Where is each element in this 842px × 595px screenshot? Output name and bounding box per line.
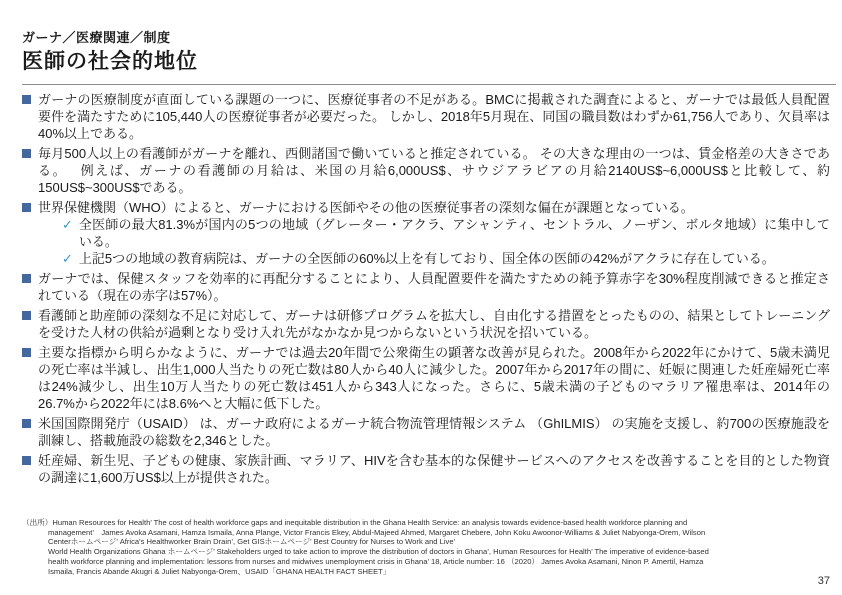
page-title: 医師の社会的地位 [22,49,828,75]
bullet-text: ガーナの医療制度が直面している課題の一つに、医療従事者の不足がある。BMCに掲載… [38,91,830,142]
square-bullet-icon [22,274,31,283]
title-divider [22,84,836,85]
sub-bullet-item: ✓上記5つの地域の教育病院は、ガーナの全医師の60%以上を有しており、国全体の医… [22,250,830,267]
bullet-item: 米国国際開発庁（USAID） は、ガーナ政府によるガーナ統合物流管理情報システム… [22,415,830,449]
bullet-item: 毎月500人以上の看護師がガーナを離れ、西側諸国で働いていると推定されている。 … [22,145,830,196]
bullet-item: 主要な指標から明らかなように、ガーナでは過去20年間で公衆衛生の顕著な改善が見ら… [22,344,830,412]
bullet-text: ガーナでは、保健スタッフを効率的に再配分することにより、人員配置要件を満たすため… [38,270,830,304]
source-citation: （出所）Human Resources for Health’ The cost… [22,518,822,576]
source-citation-line: World Health Organizations Ghana ホームページ’… [22,547,822,557]
bullet-text: 主要な指標から明らかなように、ガーナでは過去20年間で公衆衛生の顕著な改善が見ら… [38,344,830,412]
square-bullet-icon [22,311,31,320]
bullet-list: ガーナの医療制度が直面している課題の一つに、医療従事者の不足がある。BMCに掲載… [22,91,830,486]
source-citation-line: management’ James Avoka Asamani, Hamza I… [22,528,822,538]
source-citation-line: Centerホームページ’ Africa's Healthworker Brai… [22,537,822,547]
bullet-item: 世界保健機関（WHO）によると、ガーナにおける医師やその他の医療従事者の深刻な偏… [22,199,830,216]
bullet-text: 上記5つの地域の教育病院は、ガーナの全医師の60%以上を有しており、国全体の医師… [79,250,830,267]
square-bullet-icon [22,419,31,428]
square-bullet-icon [22,348,31,357]
bullet-item: ガーナの医療制度が直面している課題の一つに、医療従事者の不足がある。BMCに掲載… [22,91,830,142]
checkmark-icon: ✓ [62,250,73,267]
bullet-text: 米国国際開発庁（USAID） は、ガーナ政府によるガーナ統合物流管理情報システム… [38,415,830,449]
breadcrumb: ガーナ／医療関連／制度 [22,30,828,46]
square-bullet-icon [22,203,31,212]
source-citation-line: health workforce planning and implementa… [22,557,822,567]
bullet-text: 世界保健機関（WHO）によると、ガーナにおける医師やその他の医療従事者の深刻な偏… [38,199,830,216]
checkmark-icon: ✓ [62,216,73,233]
bullet-text: 毎月500人以上の看護師がガーナを離れ、西側諸国で働いていると推定されている。 … [38,145,830,196]
bullet-text: 全医師の最大81.3%が国内の5つの地域（グレーター・アクラ、アシャンティ、セン… [79,216,830,250]
bullet-text: 看護師と助産師の深刻な不足に対応して、ガーナは研修プログラムを拡大し、自由化する… [38,307,830,341]
bullet-item: 看護師と助産師の深刻な不足に対応して、ガーナは研修プログラムを拡大し、自由化する… [22,307,830,341]
square-bullet-icon [22,149,31,158]
page-number: 37 [818,575,830,587]
square-bullet-icon [22,456,31,465]
bullet-text: 妊産婦、新生児、子どもの健康、家族計画、マラリア、HIVを含む基本的な保健サービ… [38,452,830,486]
source-citation-line: Ismaila, Francis Abande Akugri & Juliet … [22,567,822,577]
bullet-item: 妊産婦、新生児、子どもの健康、家族計画、マラリア、HIVを含む基本的な保健サービ… [22,452,830,486]
sub-bullet-item: ✓全医師の最大81.3%が国内の5つの地域（グレーター・アクラ、アシャンティ、セ… [22,216,830,250]
source-citation-line: （出所）Human Resources for Health’ The cost… [22,518,822,528]
square-bullet-icon [22,95,31,104]
bullet-item: ガーナでは、保健スタッフを効率的に再配分することにより、人員配置要件を満たすため… [22,270,830,304]
slide: ガーナ／医療関連／制度 医師の社会的地位 ガーナの医療制度が直面している課題の一… [0,0,842,595]
